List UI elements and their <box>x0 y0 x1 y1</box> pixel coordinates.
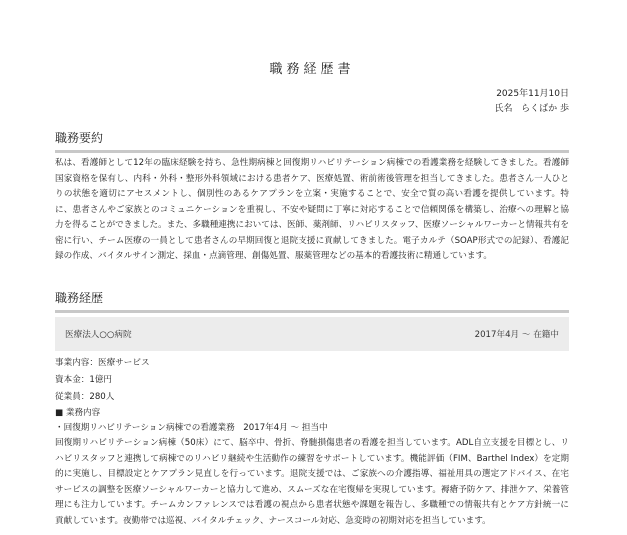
company-employees: 従業員：280人 <box>55 389 150 406</box>
summary-heading: 職務要約 <box>55 129 569 153</box>
company-info: 事業内容：医療サービス 資本金：1億円 従業員：280人 <box>55 355 150 406</box>
company-capital: 資本金：1億円 <box>55 372 150 389</box>
name-value: らくばか 歩 <box>521 104 569 114</box>
company-header: 医療法人○○病院 2017年4月 〜 在籍中 <box>55 317 569 351</box>
company-business: 事業内容：医療サービス <box>55 355 150 372</box>
document-title: 職務経歴書 <box>55 58 569 77</box>
duties-label: ■ 業務内容 <box>55 406 100 421</box>
document-meta: 2025年11月10日 氏名 らくばか 歩 <box>495 87 569 117</box>
document-date: 2025年11月10日 <box>495 87 569 102</box>
name-label: 氏名 <box>495 104 513 114</box>
company-period: 2017年4月 〜 在籍中 <box>475 328 559 340</box>
duty-body: 回復期リハビリテーション病棟（50床）にて、脳卒中、骨折、脊髄損傷患者の看護を担… <box>55 436 569 529</box>
career-heading: 職務経歴 <box>55 289 569 313</box>
summary-text: 私は、看護師として12年の臨床経験を持ち、急性期病棟と回復期リハビリテーション病… <box>55 156 569 265</box>
duty-title: ・回復期リハビリテーション病棟での看護業務 2017年4月 〜 担当中 <box>55 421 328 436</box>
company-name: 医療法人○○病院 <box>65 328 132 340</box>
applicant-name: 氏名 らくばか 歩 <box>495 102 569 117</box>
